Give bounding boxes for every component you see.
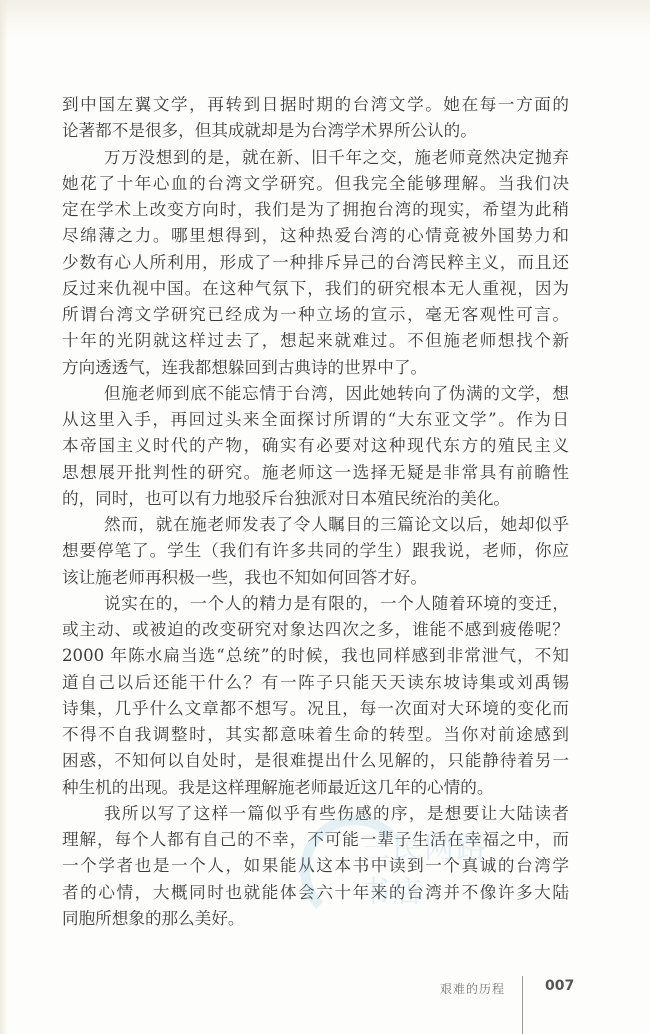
- text-line: 同胞所想象的那么美好。: [62, 906, 569, 932]
- page-number: 007: [545, 978, 574, 994]
- text-line: 的，同时，也可以有力地驳斥台独派对日本殖民统治的美化。: [62, 486, 569, 512]
- text-line: 或主动、或被迫的改变研究对象达四次之多，谁能不感到疲倦呢？: [62, 617, 569, 643]
- paragraph-first-line: 然而，就在施老师发表了令人瞩目的三篇论文以后，她却似乎: [62, 512, 569, 538]
- running-title: 艰难的历程: [440, 980, 505, 997]
- text-line: 十年的光阴就这样过去了，想起来就难过。不但施老师想找个新: [62, 328, 569, 354]
- text-line: 者的心情，大概同时也就能体会六十年来的台湾并不像许多大陆: [62, 880, 569, 906]
- text-line: 从这里入手，再回过头来全面探讨所谓的“大东亚文学”。作为日: [62, 407, 569, 433]
- text-line: 方向透透气，连我都想躲回到古典诗的世界中了。: [62, 355, 569, 381]
- paragraph-first-line: 但施老师到底不能忘情于台湾，因此她转向了伪满的文学，想: [62, 381, 569, 407]
- text-line: 思想展开批判性的研究。施老师这一选择无疑是非常具有前瞻性: [62, 460, 569, 486]
- text-line: 道自己以后还能干什么？有一阵子只能天天读东坡诗集或刘禹锡: [62, 670, 569, 696]
- text-line: 一个学者也是一个人，如果能从这本书中读到一个真诚的台湾学: [62, 853, 569, 879]
- body-text: 到中国左翼文学，再转到日据时期的台湾文学。她在每一方面的 论著都不是很多，但其成…: [62, 92, 569, 932]
- page-footer: 艰难的历程 007: [0, 970, 650, 1034]
- text-line: 诗集，几乎什么文章都不想写。况且，每一次面对大环境的变化而: [62, 696, 569, 722]
- text-line: 本帝国主义时代的产物，确实有必要对这种现代东方的殖民主义: [62, 433, 569, 459]
- text-line: 不得不自我调整时，其实都意味着生命的转型。当你对前途感到: [62, 722, 569, 748]
- paragraph-first-line: 说实在的，一个人的精力是有限的，一个人随着环境的变迁，: [62, 591, 569, 617]
- text-line: 尽绵薄之力。哪里想得到，这种热爱台湾的心情竟被外国势力和: [62, 223, 569, 249]
- page-binding-shadow: [0, 0, 8, 1034]
- text-line: 定在学术上改变方向时，我们是为了拥抱台湾的现实，希望为此稍: [62, 197, 569, 223]
- text-line: 到中国左翼文学，再转到日据时期的台湾文学。她在每一方面的: [62, 92, 569, 118]
- text-line: 少数有心人所利用，形成了一种排斥异己的台湾民粹主义，而且还: [62, 250, 569, 276]
- text-line: 论著都不是很多，但其成就却是为台湾学术界所公认的。: [62, 118, 569, 144]
- footer-divider: [522, 976, 523, 1034]
- text-line: 该让施老师再积极一些，我也不知如何回答才好。: [62, 565, 569, 591]
- text-line: 想要停笔了。学生（我们有许多共同的学生）跟我说，老师，你应: [62, 538, 569, 564]
- text-line: 所谓台湾文学研究已经成为一种立场的宣示，毫无客观性可言。: [62, 302, 569, 328]
- text-line: 2000 年陈水扁当选“总统”的时候，我也同样感到非常泄气，不知: [62, 643, 569, 669]
- text-line: 理解，每个人都有自己的不幸，不可能一辈子生活在幸福之中，而: [62, 827, 569, 853]
- text-line: 困惑，不知何以自处时，是很难提出什么见解的，只能静待着另一: [62, 748, 569, 774]
- text-line: 她花了十年心血的台湾文学研究。但我完全能够理解。当我们决: [62, 171, 569, 197]
- page-top-shadow: [0, 0, 650, 40]
- paragraph-first-line: 我所以写了这样一篇似乎有些伤感的序，是想要让大陆读者: [62, 801, 569, 827]
- text-line: 种生机的出现。我是这样理解施老师最近这几年的心情的。: [62, 775, 569, 801]
- text-line: 反过来仇视中国。在这种气氛下，我们的研究根本无人重视，因为: [62, 276, 569, 302]
- paragraph-first-line: 万万没想到的是，就在新、旧千年之交，施老师竟然决定抛弃: [62, 145, 569, 171]
